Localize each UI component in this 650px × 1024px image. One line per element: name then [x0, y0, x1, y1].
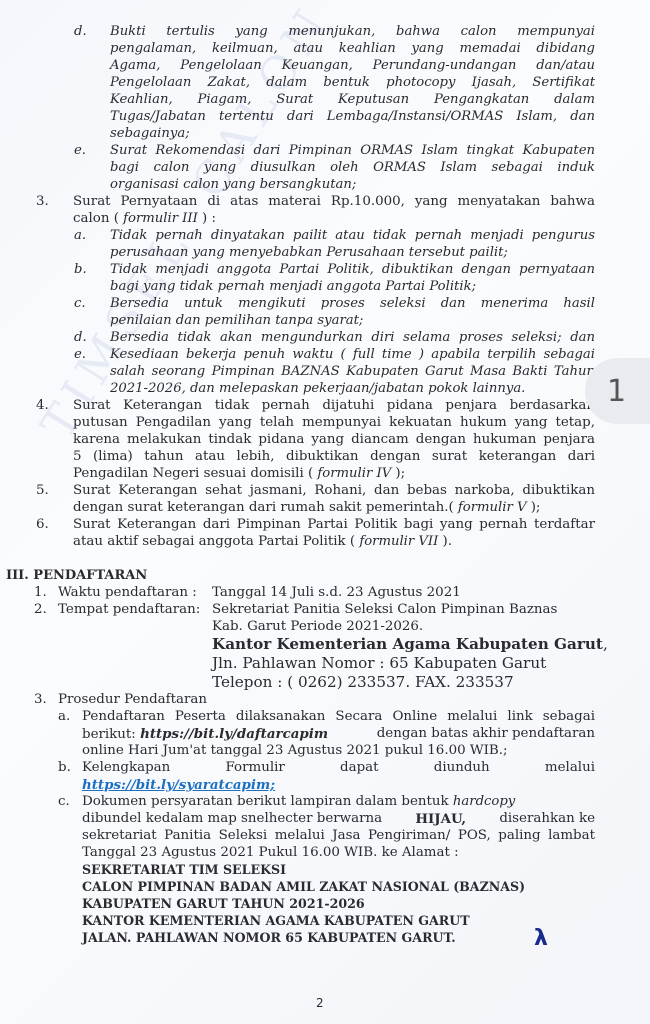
link-daftarcapim[interactable]: https://bit.ly/daftarcapim: [140, 726, 328, 742]
office-name: Kantor Kementerian Agama Kabupaten Garut: [212, 635, 603, 653]
handwritten-mark: λ: [534, 926, 548, 951]
office-address: Jln. Pahlawan Nomor : 65 Kabupaten Garut: [212, 653, 546, 673]
document-page: TIMSEL. CALON PIMPINAN BAZNAS GARUT d. B…: [0, 0, 650, 1024]
page-indicator-badge[interactable]: 1: [585, 358, 650, 424]
address-line: JALAN. PAHLAWAN NOMOR 65 KABUPATEN GARUT…: [82, 930, 456, 947]
section-heading-pendaftaran: III. PENDAFTARAN: [6, 568, 147, 585]
office-phone: Telepon : ( 0262) 233537. FAX. 233537: [212, 672, 514, 692]
address-line: KABUPATEN GARUT TAHUN 2021-2026: [82, 896, 365, 913]
address-line: CALON PIMPINAN BADAN AMIL ZAKAT NASIONAL…: [82, 879, 525, 896]
address-line: KANTOR KEMENTERIAN AGAMA KABUPATEN GARUT: [82, 913, 470, 930]
address-line: SEKRETARIAT TIM SELEKSI: [82, 862, 286, 879]
page-number: 2: [316, 996, 324, 1010]
link-syaratcapim[interactable]: https://bit.ly/syaratcapim;: [82, 777, 275, 794]
marker: d.: [74, 24, 87, 41]
